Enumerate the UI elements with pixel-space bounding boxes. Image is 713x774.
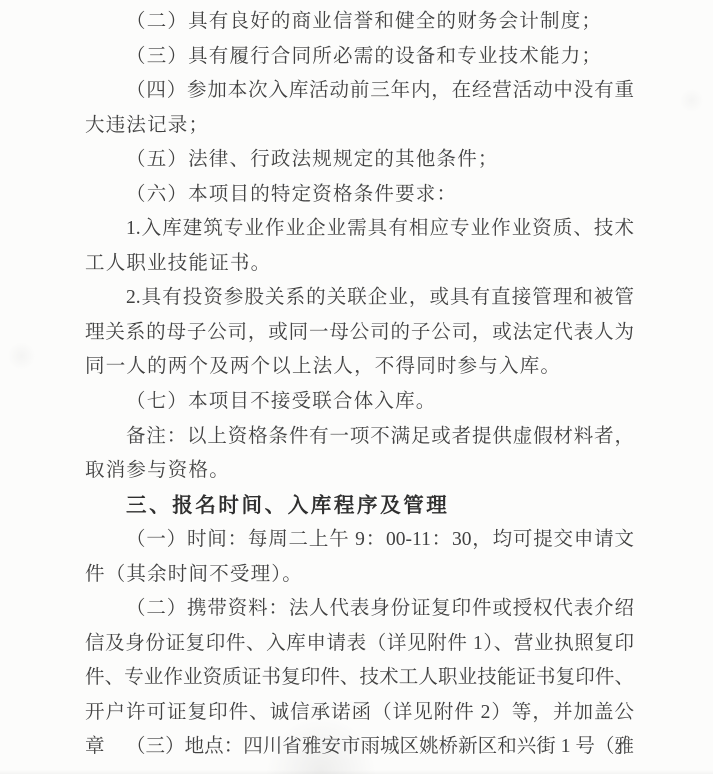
item-2-line-cont-1: 理关系的母子公司，或同一母公司的子公司，或法定代表人为 [85,316,634,351]
remark-line-cont: 取消参与资格。 [85,454,634,489]
item-1-line: 1.入库建筑专业作业企业需具有相应专业作业资质、技术 [85,212,634,247]
clause-line-4-cont: 大违法记录； [85,109,634,144]
clause-line-5: （五）法律、行政法规规定的其他条件； [85,143,634,178]
clause-line-3: （三）具有履行合同所必需的设备和专业技术能力； [85,40,634,75]
item-2-line: 2.具有投资参股关系的关联企业，或具有直接管理和被管 [85,281,634,316]
materials-line-cont-3: 开户许可证复印件、诚信承诺函（详见附件 2）等，并加盖公章。 [85,696,634,731]
clause-line-2: （二）具有良好的商业信誉和健全的财务会计制度； [85,5,634,40]
clause-line-7: （七）本项目不接受联合体入库。 [85,385,634,420]
clause-line-6: （六）本项目的特定资格条件要求： [85,178,634,213]
materials-line: （二）携带资料：法人代表身份证复印件或授权代表介绍 [85,592,634,627]
materials-line-cont-2: 件、专业作业资质证书复印件、技术工人职业技能证书复印件、 [85,661,634,696]
materials-line-cont-1: 信及身份证复印件、入库申请表（详见附件 1）、营业执照复印 [85,627,634,662]
remark-line: 备注：以上资格条件有一项不满足或者提供虚假材料者， [85,420,634,455]
document-text-block: （二）具有良好的商业信誉和健全的财务会计制度； （三）具有履行合同所必需的设备和… [85,5,634,765]
time-line-cont: 件（其余时间不受理）。 [85,558,634,593]
time-line: （一）时间：每周二上午 9：00-11：30，均可提交申请文 [85,523,634,558]
scanned-document-page: （二）具有良好的商业信誉和健全的财务会计制度； （三）具有履行合同所必需的设备和… [0,0,713,774]
item-2-line-cont-2: 同一人的两个及两个以上法人，不得同时参与入库。 [85,350,634,385]
location-line: （三）地点：四川省雅安市雨城区姚桥新区和兴街 1 号（雅 [85,730,634,765]
item-1-line-cont: 工人职业技能证书。 [85,247,634,282]
section-heading: 三、报名时间、入库程序及管理 [85,489,634,524]
clause-line-4: （四）参加本次入库活动前三年内，在经营活动中没有重 [85,74,634,109]
